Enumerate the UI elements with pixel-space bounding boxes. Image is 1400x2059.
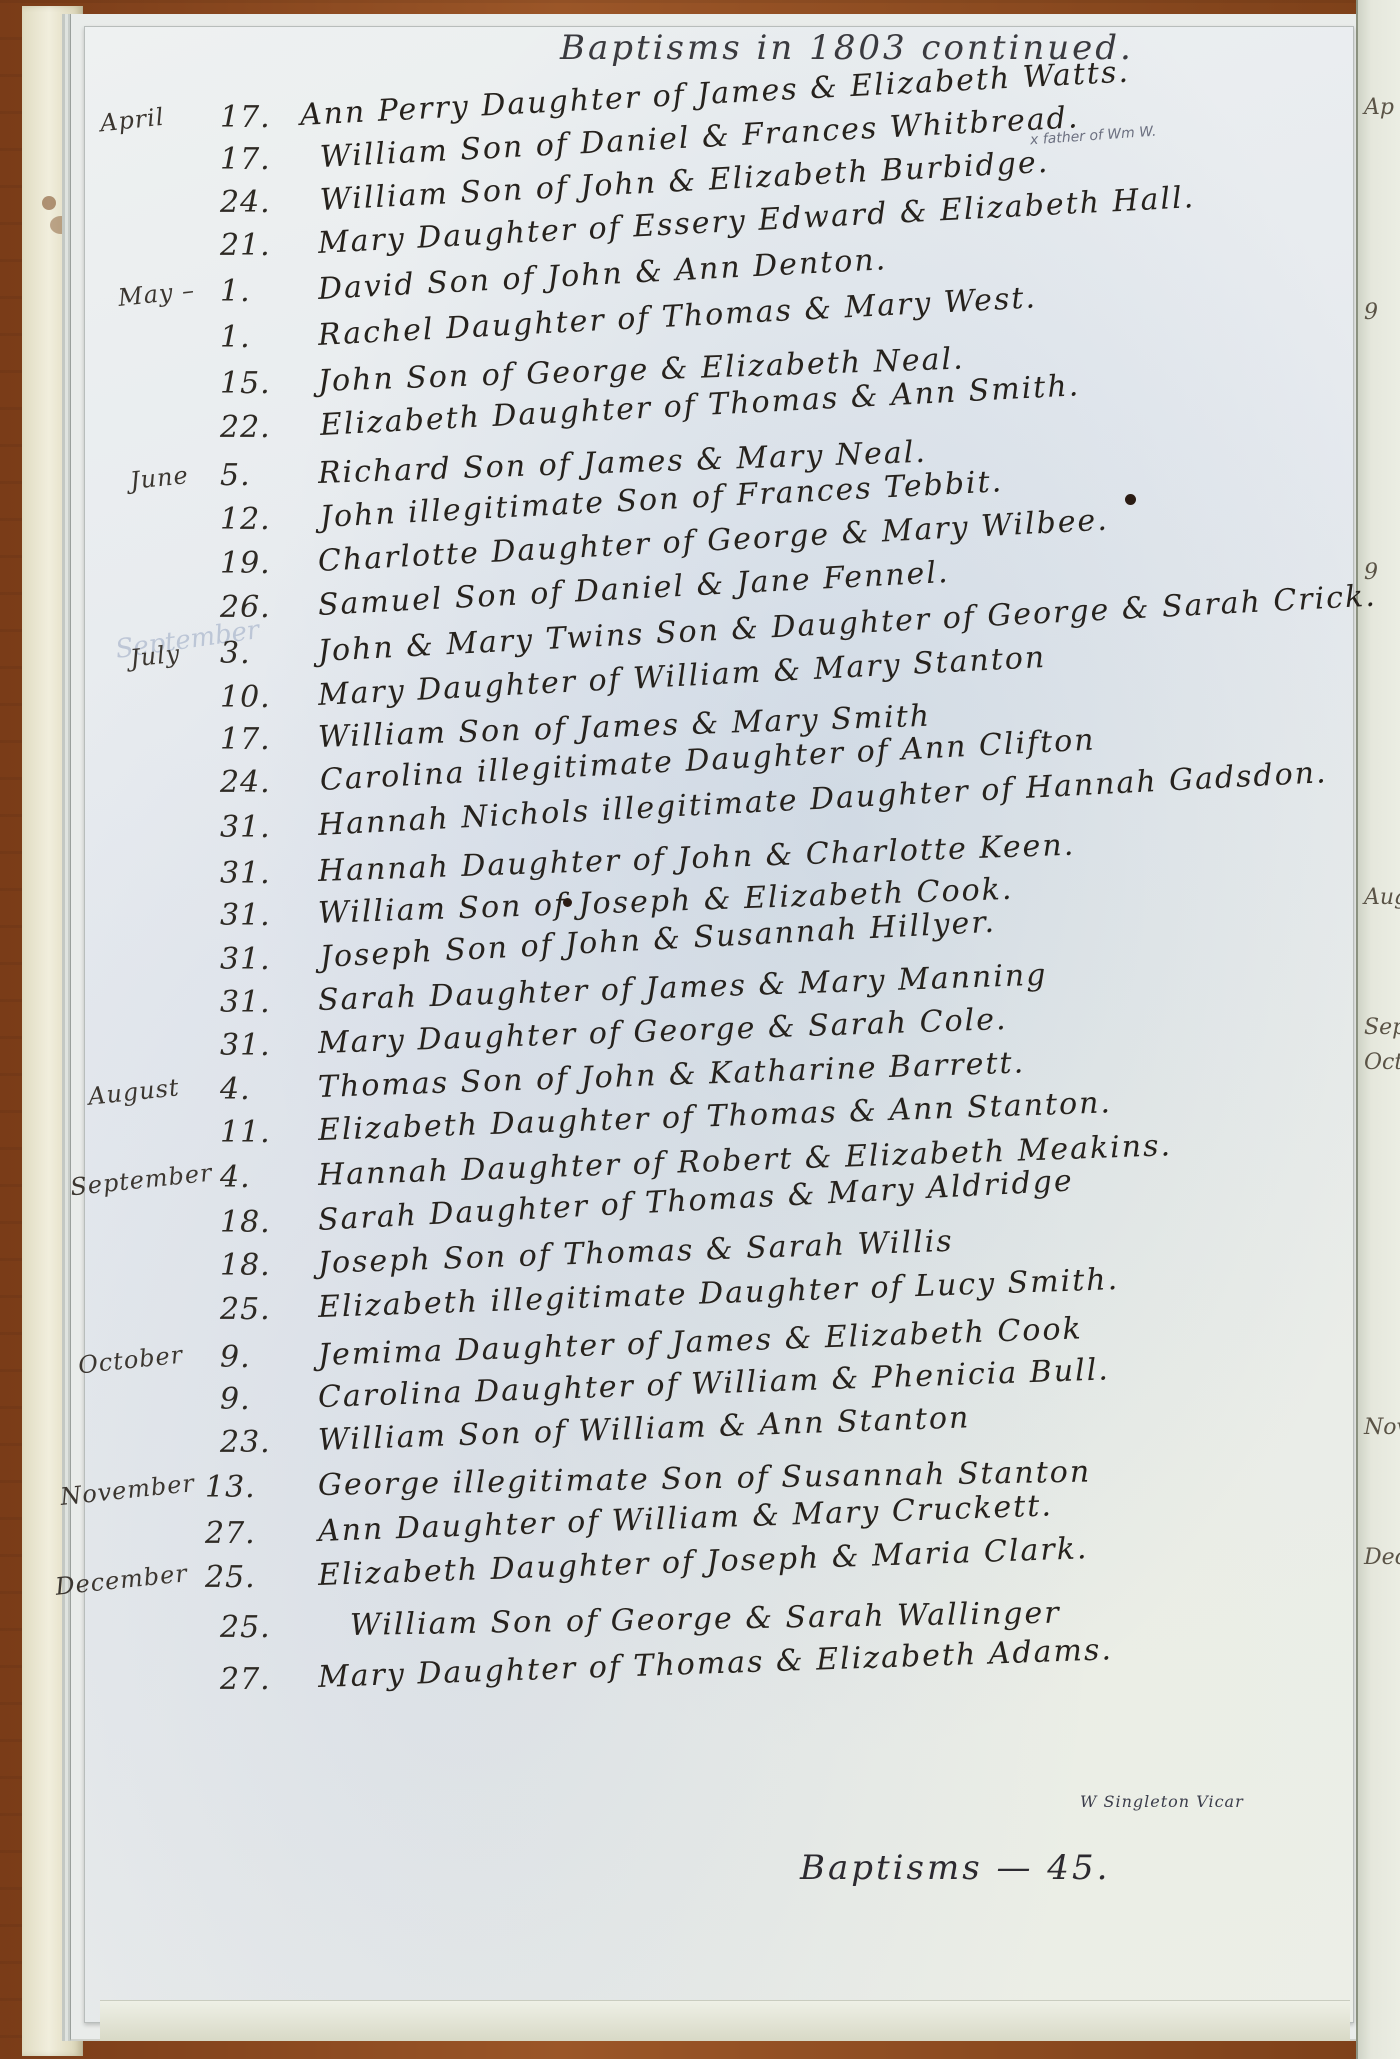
entry-day: 19. — [220, 546, 271, 581]
entry-day: 12. — [220, 502, 271, 537]
facing-page-fragment: 9 — [1364, 300, 1378, 325]
entry-day: 3. — [220, 636, 251, 671]
entry-day: 11. — [220, 1115, 271, 1150]
entry-day: 18. — [220, 1205, 271, 1240]
entry-day: 22. — [220, 410, 271, 445]
entry-day: 1. — [220, 320, 251, 355]
facing-page-fragment: Nov — [1364, 1415, 1400, 1440]
entry-day: 10. — [220, 680, 271, 715]
entry-day: 15. — [220, 366, 271, 401]
entry-day: 17. — [220, 142, 271, 177]
entry-day: 18. — [220, 1248, 271, 1283]
entry-day: 31. — [220, 898, 271, 933]
entry-day: 17. — [220, 722, 271, 757]
entry-day: 31. — [220, 985, 271, 1020]
vicar-signature: W Singleton Vicar — [1080, 1792, 1244, 1811]
entry-day: 4. — [220, 1072, 251, 1107]
facing-page-sliver: Ap 9 9 Aug Sep Oct Nov Dec — [1356, 0, 1400, 2059]
page-bottom-edge — [100, 2000, 1350, 2041]
entry-day: 21. — [220, 228, 271, 263]
entry-day: 26. — [220, 590, 271, 625]
facing-page-fragment: Sep — [1364, 1015, 1400, 1040]
entry-day: 31. — [220, 942, 271, 977]
facing-page-fragment: Dec — [1364, 1545, 1400, 1570]
entry-month: July — [129, 639, 182, 672]
entry-day: 9. — [220, 1382, 251, 1417]
facing-page-fragment: Aug — [1364, 885, 1400, 910]
entry-day: 25. — [205, 1560, 256, 1595]
entry-day: 1. — [220, 274, 251, 309]
facing-page-fragment: Oct — [1364, 1050, 1400, 1075]
entry-day: 24. — [220, 185, 271, 220]
entry-day: 31. — [220, 810, 271, 845]
ink-blot — [563, 898, 572, 907]
entry-day: 4. — [220, 1160, 251, 1195]
entry-day: 9. — [220, 1340, 251, 1375]
entry-day: 24. — [220, 765, 271, 800]
entry-day: 25. — [220, 1292, 271, 1327]
facing-page-fragment: Ap — [1364, 95, 1394, 120]
ink-blot — [1125, 494, 1136, 505]
entry-day: 31. — [220, 856, 271, 891]
entry-day: 27. — [205, 1516, 256, 1551]
entry-day: 27. — [220, 1662, 271, 1697]
entry-day: 23. — [220, 1425, 271, 1460]
binding-stain — [42, 196, 56, 210]
binding-stain — [50, 216, 72, 234]
baptisms-total: Baptisms — 45. — [800, 1848, 1110, 1888]
entry-day: 13. — [205, 1470, 256, 1505]
entry-day: 17. — [220, 100, 271, 135]
entry-day: 31. — [220, 1028, 271, 1063]
entry-day: 25. — [220, 1610, 271, 1645]
entry-day: 5. — [220, 458, 251, 493]
